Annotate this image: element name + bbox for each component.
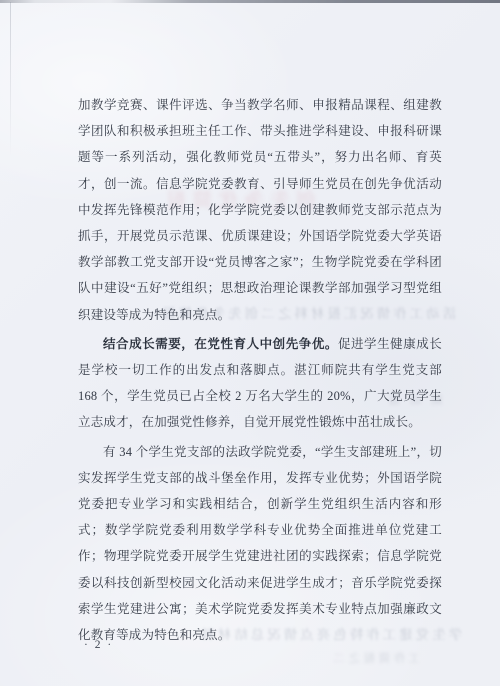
scanner-edge-artifact bbox=[0, 0, 500, 3]
paper-fold-crease bbox=[10, 2, 11, 157]
paragraph-2: 结合成长需要，在党性育人中创先争优。促进学生健康成长是学校一切工作的出发点和落脚… bbox=[78, 331, 442, 436]
bleed-through-ghost-bottom-small: 工作简报之二 bbox=[330, 650, 420, 666]
scanned-document-page: 创先争优简报 活动工作情况汇报材料之二创先争优简报 期 动 报 学生党建工作特色… bbox=[0, 0, 500, 686]
paragraph-2-lead-sentence: 结合成长需要，在党性育人中创先争优。 bbox=[103, 337, 338, 351]
document-body: 加教学竞赛、课件评选、争当教学名师、申报精品课程、组建教学团队和积极承担班主任工… bbox=[78, 92, 442, 648]
paragraph-1: 加教学竞赛、课件评选、争当教学名师、申报精品课程、组建教学团队和积极承担班主任工… bbox=[78, 92, 442, 328]
page-number: · 2 · bbox=[84, 639, 113, 651]
paragraph-3: 有 34 个学生党支部的法政学院党委，“学生支部建班上”，切实发挥学生党支部的战… bbox=[78, 439, 442, 649]
